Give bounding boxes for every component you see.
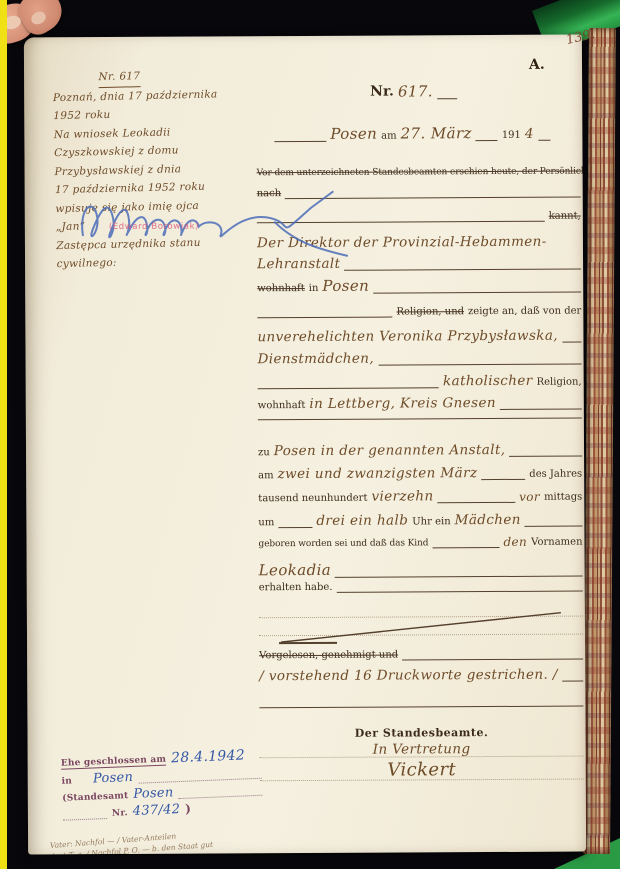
year-digit-handwritten: 4 bbox=[525, 127, 534, 141]
blank-rule-line-2 bbox=[259, 695, 583, 709]
vornamen-label: Vornamen bbox=[531, 537, 582, 548]
rule bbox=[432, 545, 499, 548]
birthplace-line: zu Posen in der genannten Anstalt, bbox=[258, 439, 582, 459]
margin-line: Na wniosek Leokadii bbox=[54, 126, 171, 141]
erhalten-label: erhalten habe. bbox=[259, 582, 333, 593]
margin-nr: Nr. 617 bbox=[98, 67, 140, 87]
rule bbox=[344, 267, 581, 271]
strike-note-handwritten: / vorstehend 16 Druckworte gestrichen. / bbox=[259, 668, 558, 683]
mother-handwritten-2: Dienstmädchen, bbox=[258, 352, 375, 366]
close-paren: ) bbox=[185, 802, 191, 816]
signature-line: Vickert bbox=[260, 757, 584, 782]
birthyear-line: tausend neunhundert vierzehn vor mittags bbox=[258, 485, 582, 505]
intro-line: Vor dem unterzeichneten Standesbeamten e… bbox=[257, 159, 583, 179]
mother-occupation-line: Dienstmädchen, bbox=[257, 347, 581, 367]
photo-of-register-book: 139. A. Nr. 617. Posen am 27. März 191 4… bbox=[0, 0, 620, 869]
am2-label: am bbox=[258, 471, 274, 482]
marriage-stamp-1942: Ehe geschlossen am 28.4.1942 in Posen (S… bbox=[60, 745, 263, 821]
document-page: A. Nr. 617. Posen am 27. März 191 4 Vor … bbox=[24, 35, 586, 855]
intro-struck-text: Vor dem unterzeichneten Standesbeamten e… bbox=[257, 167, 587, 178]
date-line: Posen am 27. März 191 4 bbox=[274, 123, 580, 143]
rule bbox=[378, 362, 581, 366]
birthtime-line: um drei ein halb Uhr ein Mädchen bbox=[258, 509, 582, 529]
photo-edge-yellow-strip bbox=[0, 0, 7, 869]
mother-handwritten-1: unverehelichten Veronika Przybysławska, bbox=[257, 329, 558, 344]
rule bbox=[373, 290, 581, 294]
erhalten-line: erhalten habe. bbox=[259, 574, 583, 594]
strike-note-line: / vorstehend 16 Druckworte gestrichen. / bbox=[259, 664, 583, 684]
uhr-ein-label: Uhr ein bbox=[412, 517, 450, 528]
rule bbox=[525, 524, 583, 527]
mittags-label: mittags bbox=[544, 492, 582, 503]
geboren-label: geboren worden sei und daß das Kind bbox=[258, 539, 428, 549]
religion-und-struck: Religion, und bbox=[396, 307, 464, 318]
year-printed: 191 bbox=[502, 130, 521, 141]
birthplace-handwritten: Posen in der genannten Anstalt, bbox=[274, 443, 506, 458]
dotted-rule bbox=[63, 816, 107, 821]
tausend-label: tausend neunhundert bbox=[258, 493, 367, 504]
residence-line: wohnhaft in Posen bbox=[257, 275, 581, 295]
geboren-line: geboren worden sei und daß das Kind den … bbox=[258, 530, 582, 550]
kannt-struck: kannt, bbox=[549, 211, 581, 222]
nr-label: Nr. bbox=[112, 808, 128, 819]
clerk-name-stamp: (Edward Borowiak) bbox=[109, 222, 199, 232]
rule bbox=[402, 657, 583, 661]
rule bbox=[259, 704, 583, 709]
margin-line: 1952 roku bbox=[53, 109, 110, 122]
section-letter: A. bbox=[529, 57, 545, 73]
book-page-edges bbox=[583, 28, 616, 854]
rule bbox=[278, 525, 312, 528]
in-label: in bbox=[309, 283, 319, 294]
zu-label: zu bbox=[258, 448, 270, 459]
nr-value: 617. bbox=[398, 84, 433, 99]
wohnhaft-struck: wohnhaft bbox=[257, 283, 305, 294]
margin-line: Poznań, dnia 17 października bbox=[53, 88, 218, 104]
vor-handwritten: vor bbox=[519, 491, 540, 503]
blank-rule-line bbox=[258, 406, 582, 421]
in-label: in bbox=[61, 776, 72, 786]
record-number-line: Nr. 617. bbox=[370, 81, 462, 99]
zeigte-label: zeigte an, daß von der bbox=[468, 306, 581, 317]
marriage-place-handwritten: Posen bbox=[93, 771, 134, 786]
mother-name-line: unverehelichten Veronika Przybysławska, bbox=[257, 325, 581, 345]
time-handwritten: drei ein halb bbox=[316, 514, 408, 528]
date-handwritten: 27. März bbox=[401, 126, 472, 141]
standesamt-place-handwritten: Posen bbox=[133, 786, 174, 801]
religion-label: Religion, bbox=[537, 377, 582, 388]
rule bbox=[438, 500, 516, 503]
religion-handwritten: katholischer bbox=[443, 374, 533, 388]
rule bbox=[257, 315, 392, 319]
rule bbox=[437, 96, 457, 99]
rule bbox=[258, 385, 439, 389]
birthdate-handwritten: zwei und zwanzigsten März bbox=[278, 467, 478, 482]
margin-line: Przybysławskiej z dnia bbox=[54, 163, 181, 178]
in-vertretung-handwritten: In Vertretung bbox=[373, 743, 471, 757]
year-word-handwritten: vierzehn bbox=[371, 490, 433, 504]
rule bbox=[476, 138, 498, 141]
margin-line: Czyszkowskiej z domu bbox=[54, 144, 179, 159]
rule bbox=[337, 589, 583, 593]
marriage-date-handwritten: 28.4.1942 bbox=[171, 748, 245, 765]
am-label: am bbox=[381, 131, 397, 142]
rule bbox=[481, 477, 525, 480]
vorgelesen-struck: Vorgelesen, genehmigt und bbox=[259, 650, 398, 661]
des-jahres-label: des Jahres bbox=[529, 469, 582, 480]
place-handwritten: Posen bbox=[330, 127, 377, 142]
rule bbox=[274, 139, 326, 142]
rule bbox=[258, 416, 582, 421]
religion-anzeige-line: Religion, und zeigte an, daß von der bbox=[257, 299, 581, 319]
bottom-pencil-marginalia: Vater: Nachfol — ∕ Vater-Anteilen Amt T.… bbox=[49, 828, 213, 855]
gender-handwritten: Mädchen bbox=[455, 513, 521, 527]
den-handwritten: den bbox=[503, 536, 527, 548]
rule bbox=[509, 454, 582, 457]
rule bbox=[562, 679, 583, 682]
nr-label: Nr. bbox=[370, 85, 394, 100]
diagonal-cancel-stroke bbox=[253, 605, 583, 651]
official-signature: Vickert bbox=[387, 761, 456, 779]
in-vertretung-line: In Vertretung bbox=[260, 738, 584, 759]
birthdate-line: am zwei und zwanzigsten März des Jahres bbox=[258, 462, 582, 482]
mother-religion-line: katholischer Religion, bbox=[258, 370, 582, 390]
um-label: um bbox=[258, 518, 274, 529]
residence-handwritten: Posen bbox=[322, 279, 369, 294]
rule bbox=[562, 340, 581, 343]
marriage-nr-handwritten: 437/42 bbox=[133, 803, 181, 818]
rule bbox=[538, 138, 550, 141]
